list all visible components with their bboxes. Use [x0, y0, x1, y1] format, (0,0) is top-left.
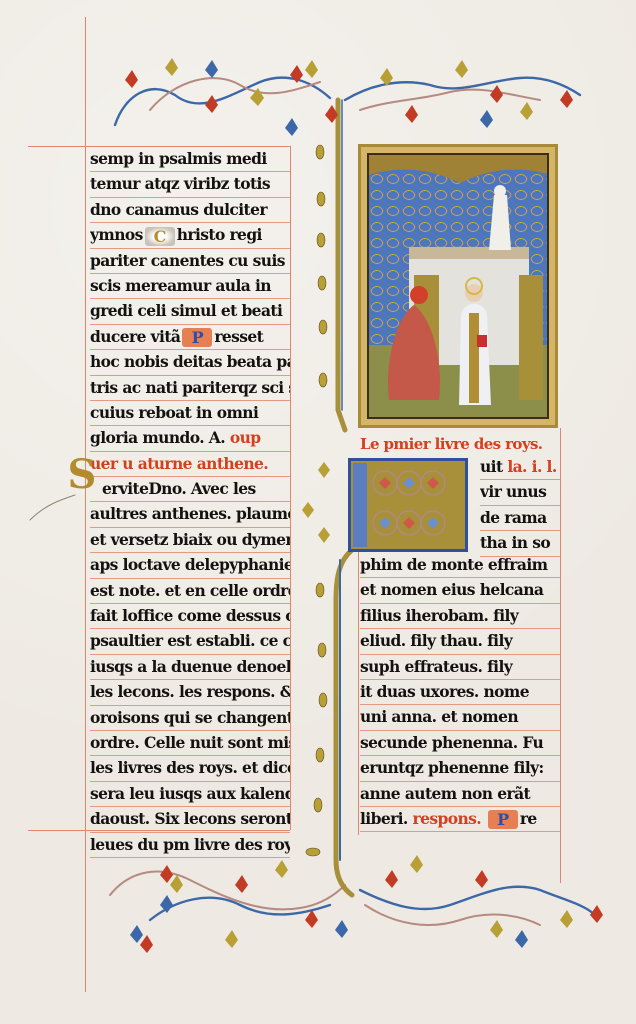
text-line: est note. et en celle ordre sera: [90, 579, 290, 604]
decorated-initial-p: P: [182, 328, 212, 347]
text-segment: uit: [480, 457, 503, 476]
text-line: cuius reboat in omni: [90, 401, 290, 426]
text-line-with-initial-c: ymnosChristo regi: [90, 223, 290, 248]
text-line: scis mereamur aula in: [90, 274, 290, 299]
right-text-column: phim de monte effraim et nomen eius helc…: [360, 553, 560, 832]
text-line: les lecons. les respons. & les: [90, 680, 290, 705]
text-line: fait loffice come dessus ou: [90, 604, 290, 629]
initial-foliage-pattern: [351, 461, 465, 549]
text-line: eruntqz phenenne fily:: [360, 756, 560, 781]
text-segment: gloria mundo. A.: [90, 428, 225, 447]
rubric-respons: respons.: [413, 809, 482, 828]
text-line: secunde phenenna. Fu: [360, 731, 560, 756]
text-line-with-respons: liberi. respons. Pre: [360, 807, 560, 832]
text-line: vir unus: [480, 480, 560, 505]
text-line-with-ref: uit la. i. l.: [480, 455, 560, 480]
text-line: uni anna. et nomen: [360, 705, 560, 730]
text-line: iusqs a la duenue denoel. for: [90, 655, 290, 680]
rubric-inline: oup: [230, 428, 261, 447]
text-line: leues du pm livre des roys.: [90, 833, 290, 858]
text-line: suph effrateus. fily: [360, 655, 560, 680]
text-line: ordre. Celle nuit sont mis: [90, 731, 290, 756]
rubric-reference: la. i. l.: [507, 457, 556, 476]
text-line: phim de monte effraim: [360, 553, 560, 578]
text-line: anne autem non erãt: [360, 782, 560, 807]
text-line: de rama: [480, 506, 560, 531]
text-line: temur atqz viribz totis: [90, 172, 290, 197]
text-line: aultres anthenes. plaume.: [90, 502, 290, 527]
decorated-initial-c: C: [145, 227, 175, 246]
text-line: filius iherobam. fily: [360, 604, 560, 629]
text-line: et nomen eius helcana: [360, 578, 560, 603]
decorated-initial-s: S: [62, 455, 102, 495]
miniature-painting: [369, 155, 549, 419]
decorated-initial-f: F: [348, 458, 468, 552]
text-line: dno canamus dulciter: [90, 198, 290, 223]
text-segment: liberi.: [360, 809, 408, 828]
text-line: pariter canentes cu suis: [90, 249, 290, 274]
text-line: aps loctave delepyphanie: [90, 553, 290, 578]
text-line: erviteDno. Avec les: [90, 477, 290, 502]
text-line: oroisons qui se changent p: [90, 706, 290, 731]
text-line: et versetz biaix ou dymenche: [90, 528, 290, 553]
text-line: it duas uxores. nome: [360, 680, 560, 705]
text-line: psaultier est establi. ce cest: [90, 629, 290, 654]
left-text-column: semp in psalmis medi temur atqz viribz t…: [90, 147, 290, 858]
text-line: sera leu iusqs aux kalendes: [90, 782, 290, 807]
text-line: eliud. fily thau. fily: [360, 629, 560, 654]
text-segment: re: [520, 809, 537, 828]
text-line: tris ac nati pariterqz sci sps: [90, 376, 290, 401]
decorated-initial-p-end: P: [488, 810, 518, 829]
rubric-line: uer u aturne anthene.: [90, 452, 290, 477]
text-line-with-rubric: gloria mundo. A. oup: [90, 426, 290, 451]
text-line-with-initial-p: ducere vitãPresset: [90, 325, 290, 350]
text-line: daoust. Six lecons seront: [90, 807, 290, 832]
rubric-title: Le pmier livre des roys.: [360, 432, 560, 456]
miniature-scene: [367, 153, 549, 419]
text-line: gredi celi simul et beati: [90, 299, 290, 324]
text-line: hoc nobis deitas beata pa: [90, 350, 290, 375]
text-line: semp in psalmis medi: [90, 147, 290, 172]
manuscript-page: semp in psalmis medi temur atqz viribz t…: [0, 0, 636, 1024]
text-line: les livres des roys. et diceulx: [90, 756, 290, 781]
illuminated-miniature: [358, 144, 558, 428]
right-text-beside-initial: uit la. i. l. vir unus de rama tha in so: [480, 455, 560, 557]
